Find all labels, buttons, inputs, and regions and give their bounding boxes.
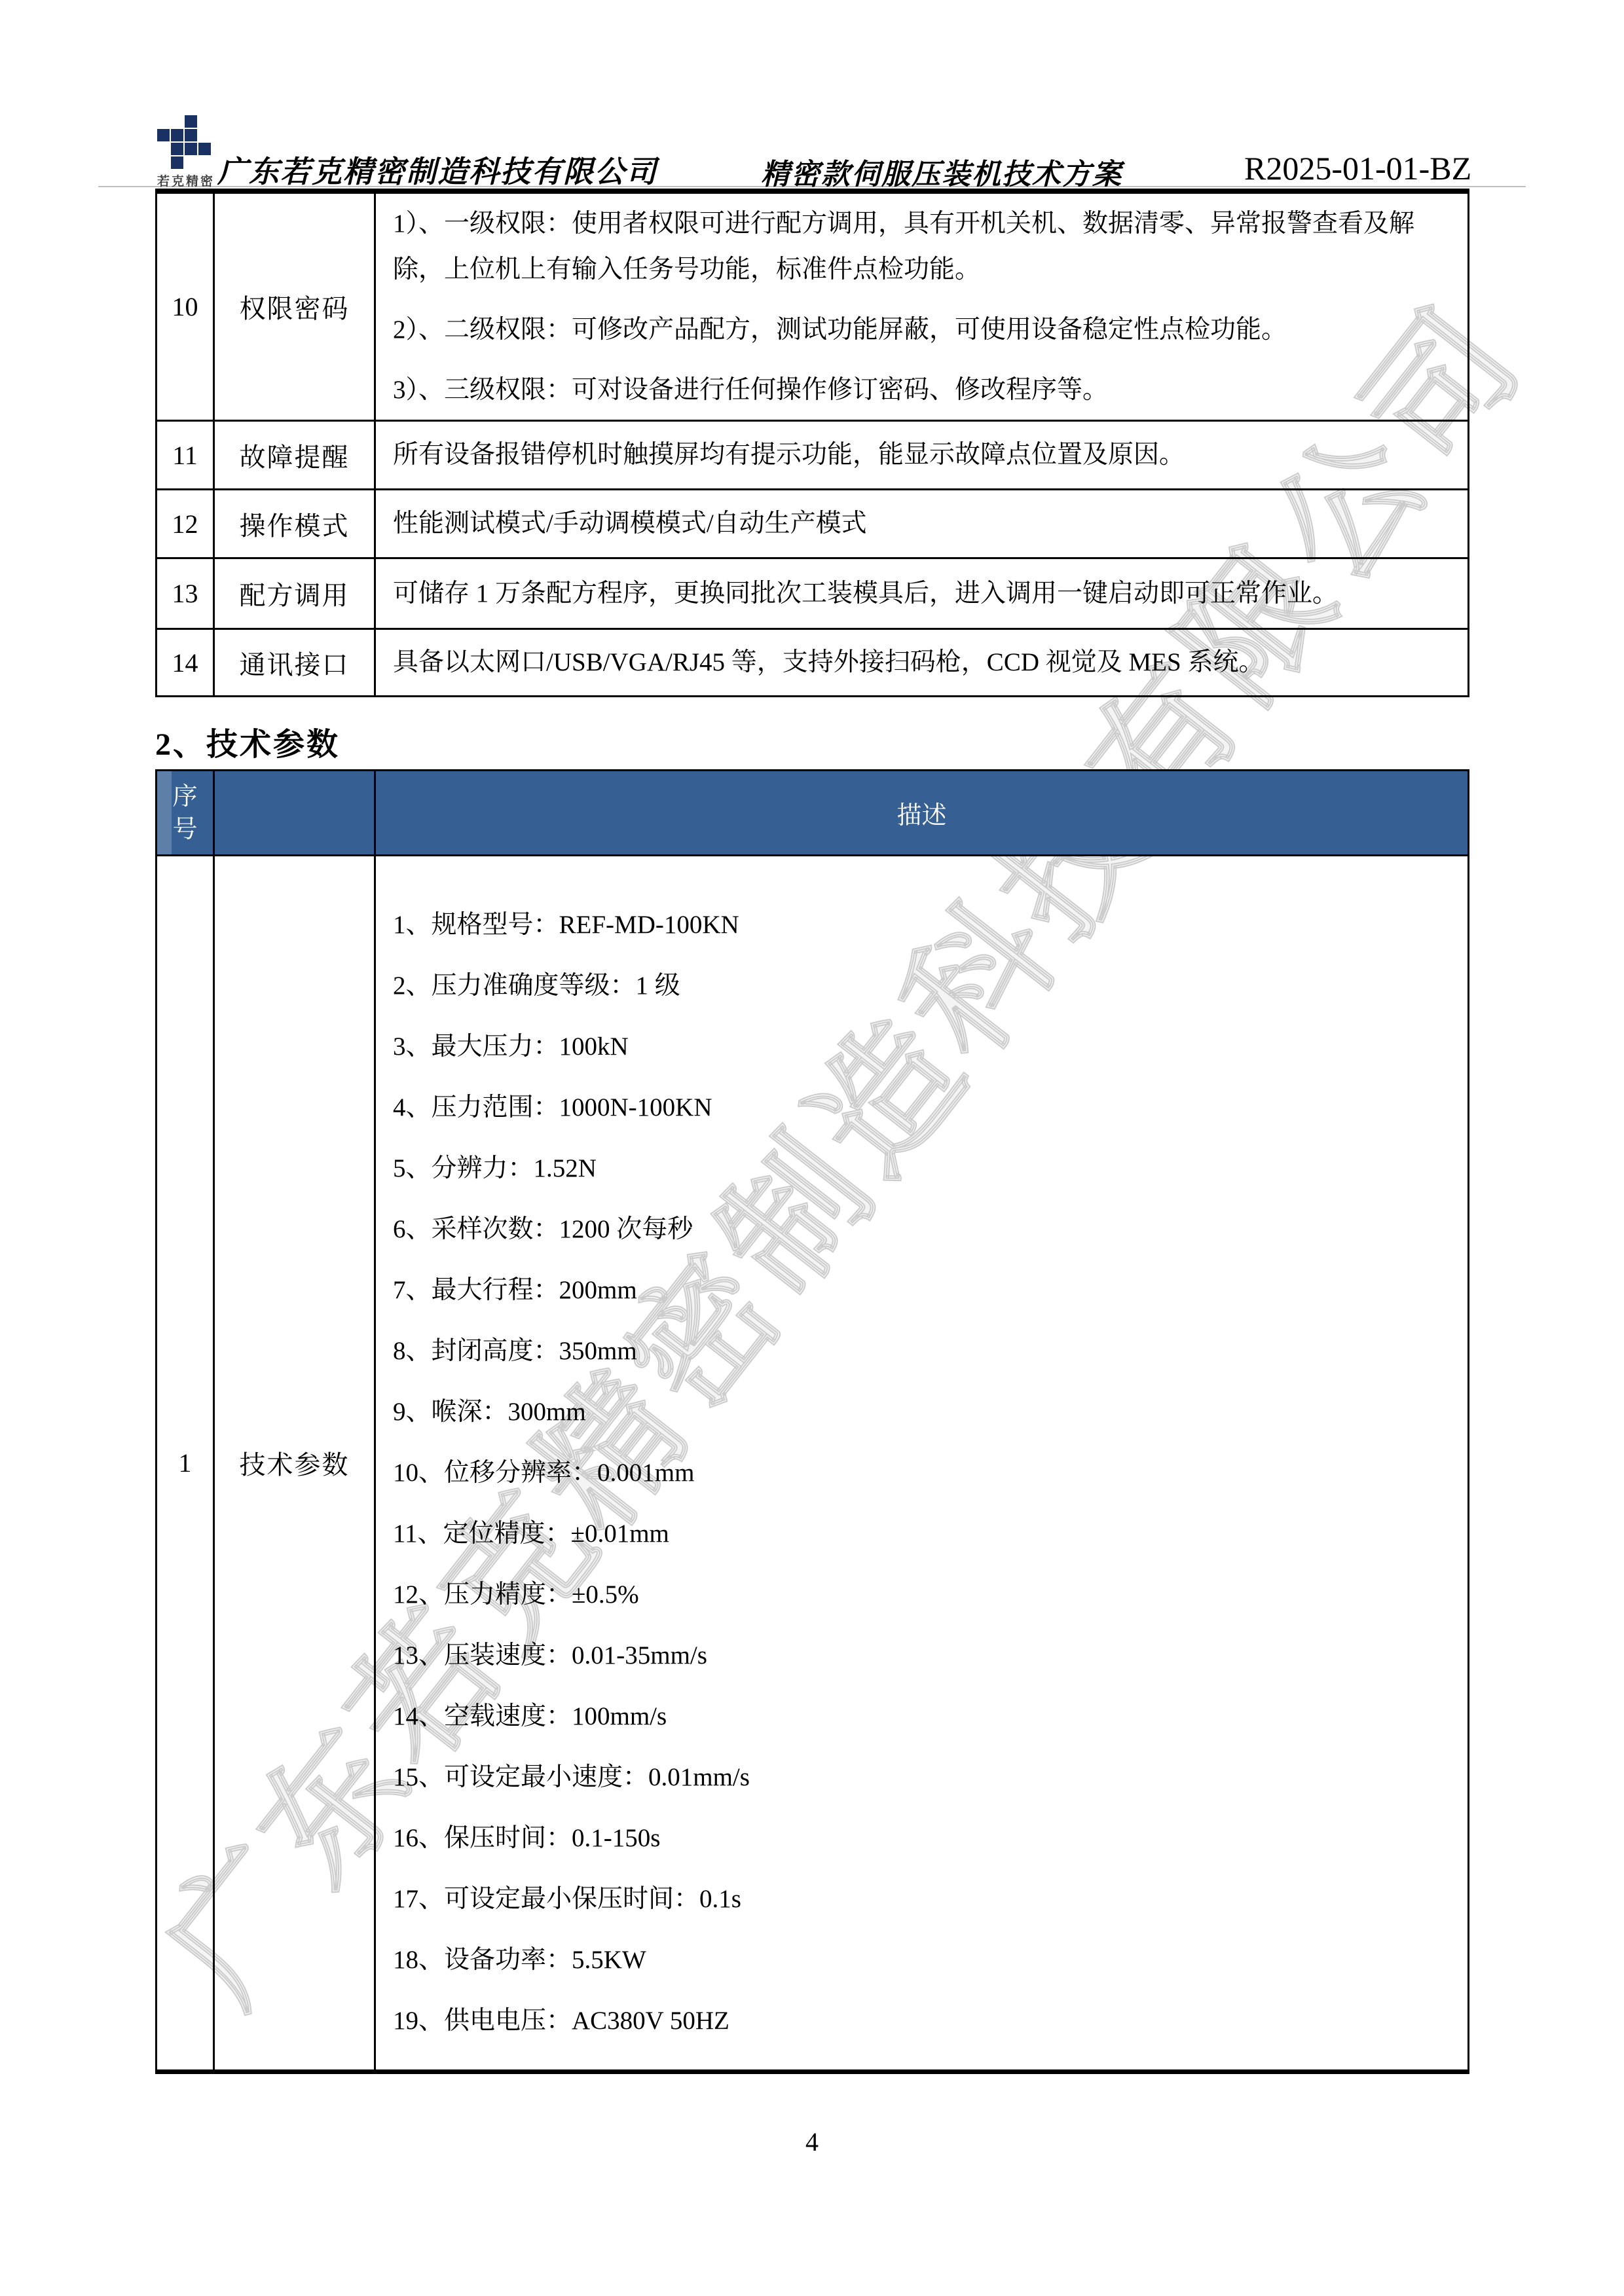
spec-item: 18、设备功率：5.5KW	[393, 1929, 1450, 1990]
row-label-cell: 故障提醒	[215, 422, 376, 490]
spec-table-header-blank	[215, 771, 376, 856]
logo-icon	[157, 115, 211, 169]
spec-item: 2、压力准确度等级：1 级	[393, 955, 1450, 1016]
logo-square	[198, 143, 211, 155]
row-label-cell: 操作模式	[215, 490, 376, 559]
spec-item: 19、供电电压：AC380V 50HZ	[393, 1990, 1450, 2051]
row-number-cell: 1	[157, 856, 215, 2069]
row-desc-cell: 性能测试模式/手动调模模式/自动生产模式	[376, 490, 1467, 559]
company-name: 广东若克精密制造科技有限公司	[217, 148, 657, 191]
spec-item: 8、封闭高度：350mm	[393, 1321, 1450, 1381]
row-number-cell: 11	[157, 422, 215, 490]
header-no-label: 序号	[172, 780, 199, 846]
row-label-cell: 权限密码	[215, 194, 376, 422]
logo-square	[185, 115, 197, 128]
page-number: 4	[0, 2126, 1624, 2157]
row-number-cell: 13	[157, 559, 215, 630]
spec-table-header-no: 序号	[157, 771, 215, 856]
section-heading: 2、技术参数	[155, 719, 340, 764]
row-number-cell: 10	[157, 194, 215, 422]
spec-item: 16、保压时间：0.1-150s	[393, 1808, 1450, 1868]
spec-item: 3、最大压力：100kN	[393, 1016, 1450, 1077]
spec-table-header-desc: 描述	[376, 771, 1467, 856]
row-desc-cell: 可储存 1 万条配方程序，更换同批次工装模具后，进入调用一键启动即可正常作业。	[376, 559, 1467, 630]
spec-table: 序号 描述 1 技术参数 1、规格型号：REF-MD-100KN 2、压力准确度…	[155, 769, 1469, 2074]
desc-paragraph: 具备以太网口/USB/VGA/RJ45 等，支持外接扫码枪，CCD 视觉及 ME…	[393, 640, 1450, 685]
feature-table: 10 权限密码 1）、一级权限：使用者权限可进行配方调用，具有开机关机、数据清零…	[155, 189, 1469, 697]
spec-item: 5、分辨力：1.52N	[393, 1138, 1450, 1199]
logo-square	[185, 143, 197, 155]
spec-item: 14、空载速度：100mm/s	[393, 1686, 1450, 1747]
row-label-cell: 技术参数	[215, 856, 376, 2069]
spec-items-cell: 1、规格型号：REF-MD-100KN 2、压力准确度等级：1 级 3、最大压力…	[376, 856, 1467, 2069]
desc-paragraph: 3）、三级权限：可对设备进行任何操作修订密码、修改程序等。	[393, 367, 1450, 413]
row-desc-cell: 1）、一级权限：使用者权限可进行配方调用，具有开机关机、数据清零、异常报警查看及…	[376, 194, 1467, 422]
row-label-cell: 通讯接口	[215, 630, 376, 695]
desc-paragraph: 所有设备报错停机时触摸屏均有提示功能，能显示故障点位置及原因。	[393, 432, 1450, 478]
logo-square	[171, 129, 183, 141]
desc-paragraph: 2）、二级权限：可修改产品配方，测试功能屏蔽，可使用设备稳定性点检功能。	[393, 307, 1450, 353]
row-desc-cell: 所有设备报错停机时触摸屏均有提示功能，能显示故障点位置及原因。	[376, 422, 1467, 490]
company-logo: 若克精密	[157, 115, 215, 189]
spec-item: 10、位移分辨率：0.001mm	[393, 1442, 1450, 1503]
logo-square	[185, 129, 197, 141]
document-title: 精密款伺服压装机技术方案	[761, 151, 1122, 192]
desc-paragraph: 可储存 1 万条配方程序，更换同批次工装模具后，进入调用一键启动即可正常作业。	[393, 571, 1450, 617]
logo-square	[157, 129, 170, 141]
row-label-cell: 配方调用	[215, 559, 376, 630]
document-page: 广东若克精密制造科技有限公司 若克精密 广东若克精密制造科技有限公司 精密款伺服…	[0, 0, 1624, 2296]
logo-square	[171, 143, 183, 155]
spec-item: 4、压力范围：1000N-100KN	[393, 1077, 1450, 1138]
logo-caption: 若克精密	[157, 172, 215, 189]
spec-item: 13、压装速度：0.01-35mm/s	[393, 1625, 1450, 1686]
document-code: R2025-01-01-BZ	[1244, 149, 1471, 187]
desc-paragraph: 1）、一级权限：使用者权限可进行配方调用，具有开机关机、数据清零、异常报警查看及…	[393, 201, 1450, 293]
spec-item: 17、可设定最小保压时间：0.1s	[393, 1868, 1450, 1929]
logo-square	[171, 156, 183, 169]
row-desc-cell: 具备以太网口/USB/VGA/RJ45 等，支持外接扫码枪，CCD 视觉及 ME…	[376, 630, 1467, 695]
row-number-cell: 14	[157, 630, 215, 695]
header-cell-highlight	[157, 771, 172, 854]
spec-item: 1、规格型号：REF-MD-100KN	[393, 894, 1450, 955]
spec-item: 15、可设定最小速度：0.01mm/s	[393, 1747, 1450, 1808]
spec-item: 11、定位精度：±0.01mm	[393, 1503, 1450, 1564]
spec-item: 9、喉深：300mm	[393, 1381, 1450, 1442]
desc-paragraph: 性能测试模式/手动调模模式/自动生产模式	[393, 501, 1450, 547]
spec-item: 7、最大行程：200mm	[393, 1260, 1450, 1321]
spec-item: 12、压力精度：±0.5%	[393, 1564, 1450, 1625]
row-number-cell: 12	[157, 490, 215, 559]
spec-item: 6、采样次数：1200 次每秒	[393, 1199, 1450, 1260]
